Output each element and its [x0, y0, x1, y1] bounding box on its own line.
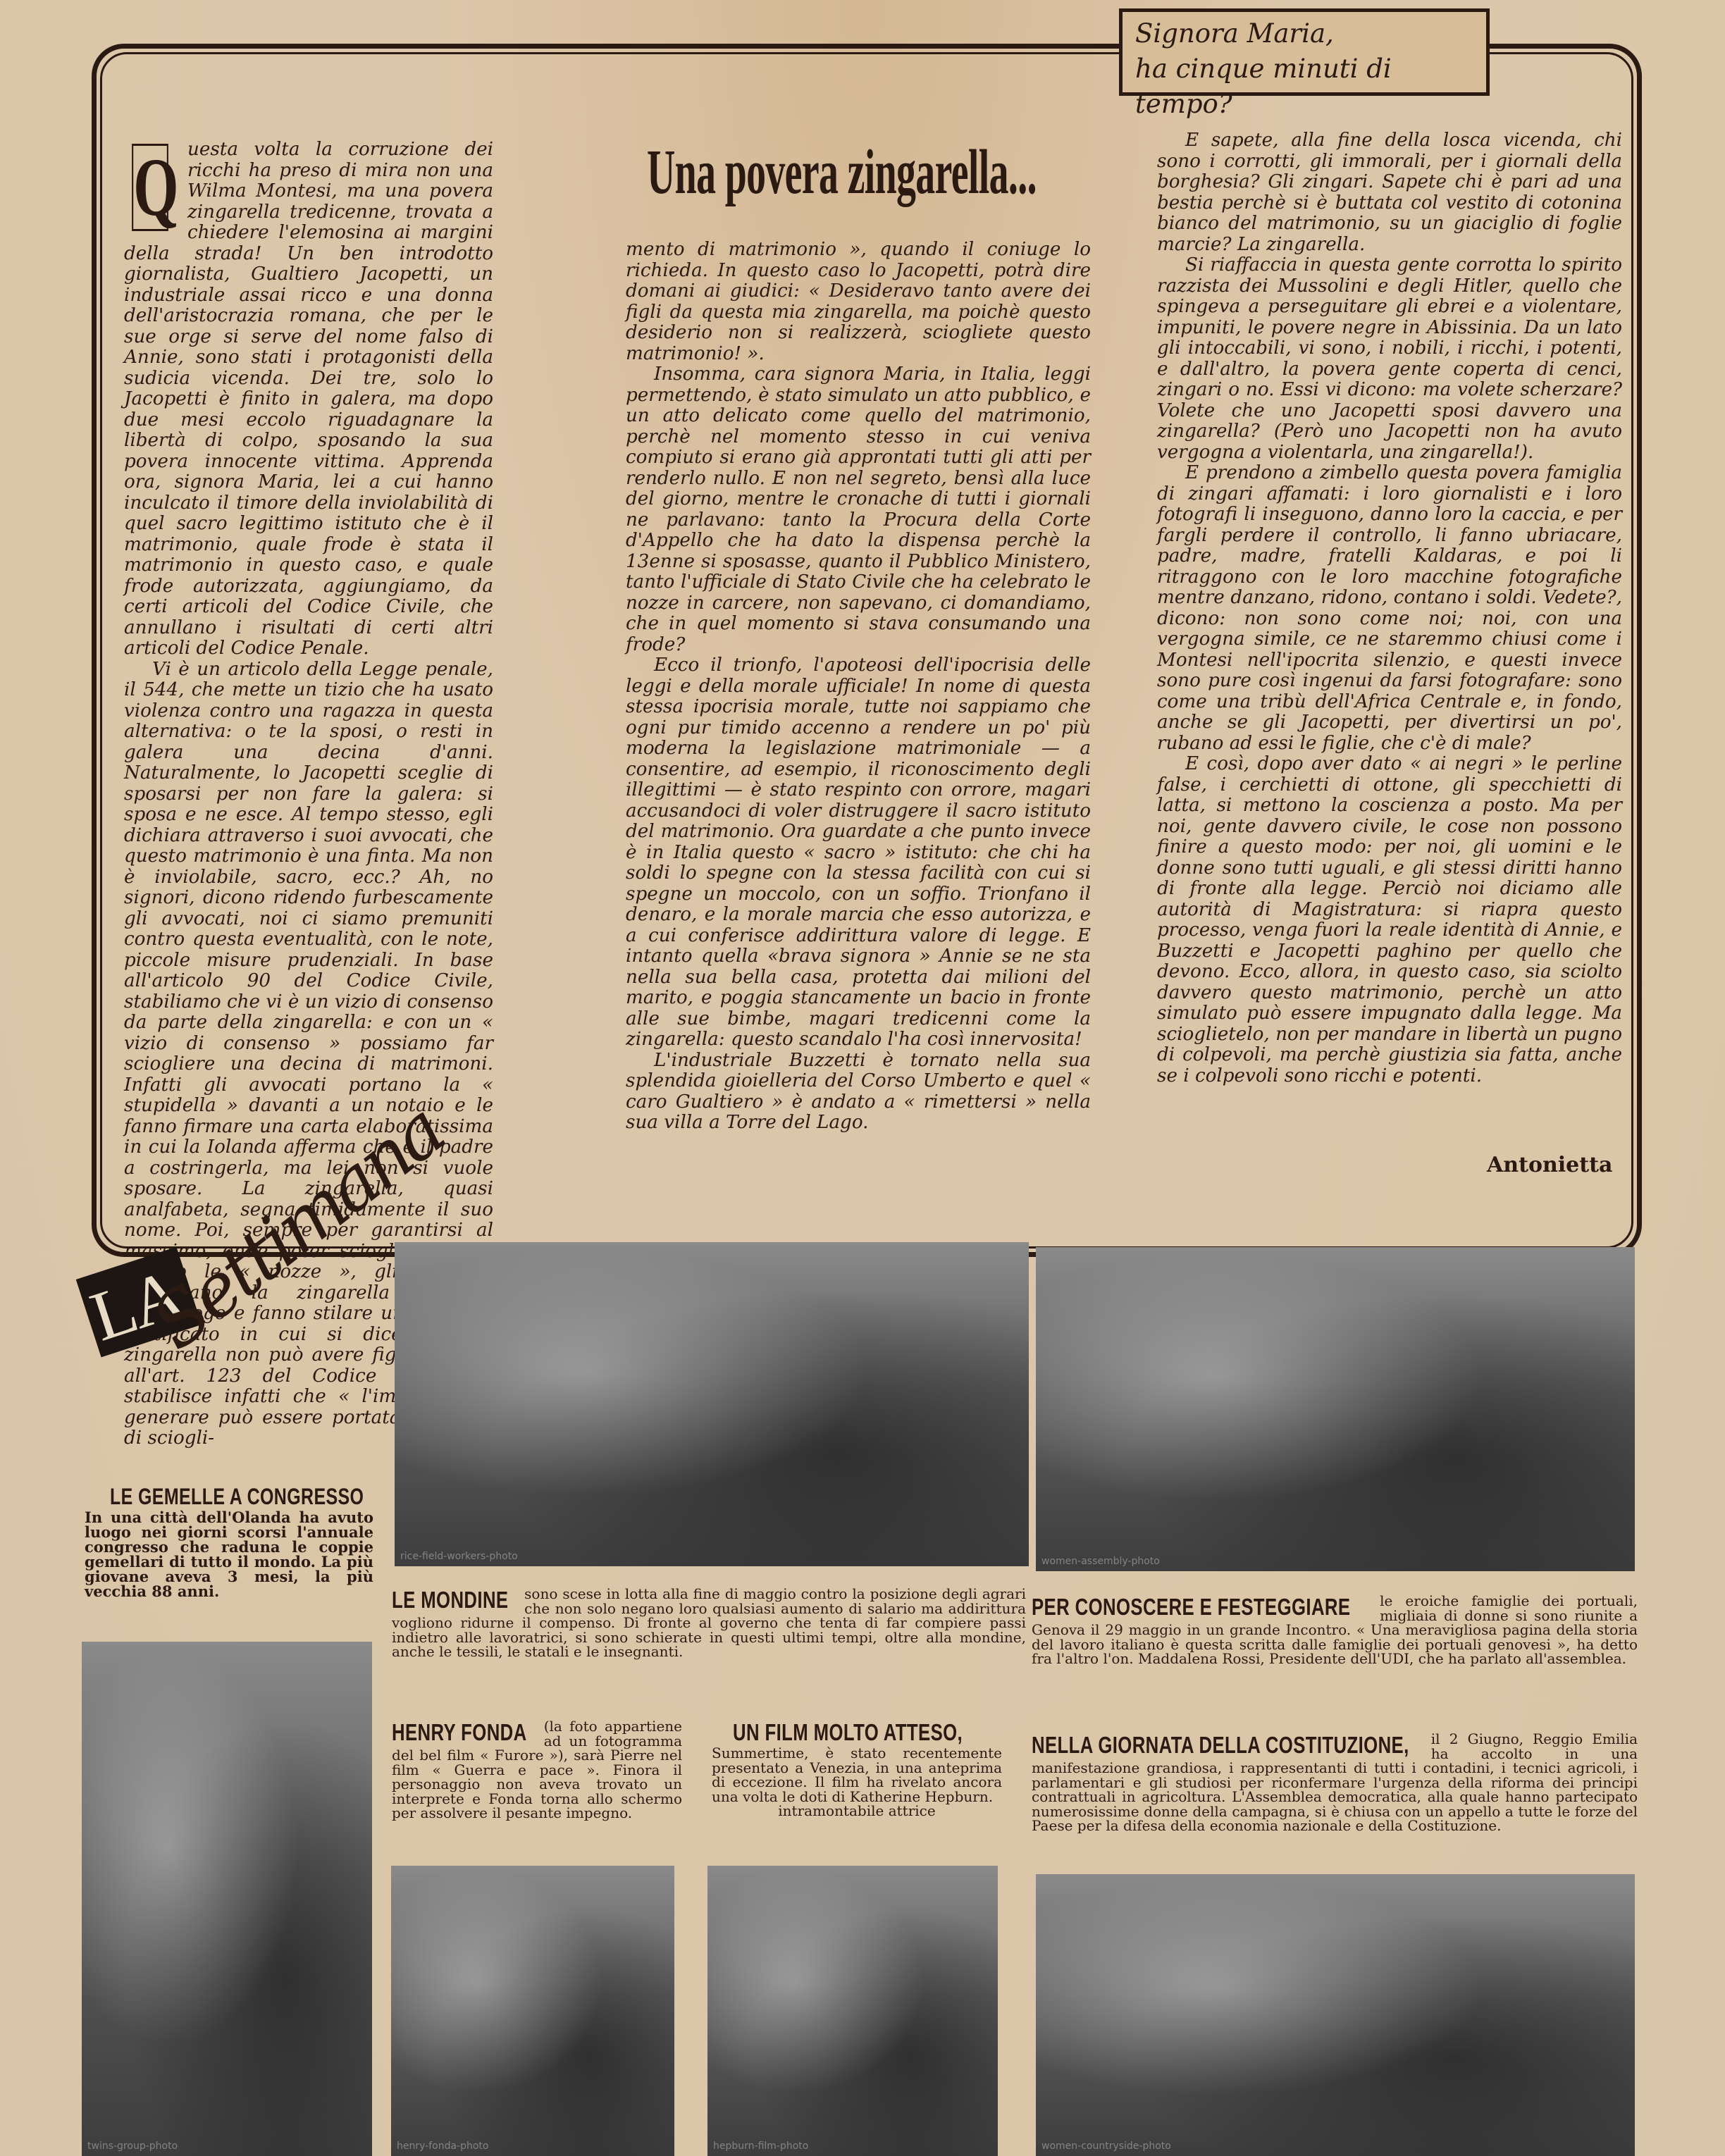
article-column-3: E sapete, alla fine della losca vicenda,… — [1157, 130, 1622, 1086]
header-line-1: Signora Maria, — [1135, 16, 1473, 51]
article-column-2: mento di matrimonio », quando il coniuge… — [626, 240, 1091, 1134]
paragraph: Ecco il trionfo, l'apoteosi dell'ipocris… — [626, 655, 1091, 1051]
paragraph: E prendono a zimbello questa povera fami… — [1157, 463, 1622, 754]
caption-tail: intramontabile attrice — [712, 1804, 1002, 1819]
caption-fonda: HENRY FONDA (la foto appartiene ad un fo… — [392, 1719, 682, 1821]
caption-costituzione: NELLA GIORNATA DELLA COSTITUZIONE, il 2 … — [1032, 1732, 1638, 1833]
article-headline: Una povera zingarella... — [647, 137, 927, 208]
paragraph: uesta volta la corruzione dei ricchi ha … — [124, 140, 493, 659]
rice-field-workers-photo: rice-field-workers-photo — [395, 1242, 1029, 1566]
caption-title: LE GEMELLE A CONGRESSO — [110, 1483, 364, 1510]
caption-festeggiare: PER CONOSCERE E FESTEGGIARE le eroiche f… — [1032, 1594, 1638, 1666]
caption-gemelle: LE GEMELLE A CONGRESSO In una città dell… — [85, 1483, 373, 1599]
column-header-box: Signora Maria, ha cinque minuti di tempo… — [1119, 8, 1490, 96]
hepburn-film-photo: hepburn-film-photo — [707, 1866, 998, 2156]
caption-title: UN FILM MOLTO ATTESO, — [733, 1719, 963, 1746]
caption-film: UN FILM MOLTO ATTESO, Summertime, è stat… — [712, 1719, 1002, 1819]
caption-text: In una città dell'Olanda ha avuto luogo … — [85, 1510, 373, 1599]
women-countryside-photo: women-countryside-photo — [1036, 1874, 1635, 2156]
photo-caption-id: twins-group-photo — [87, 2140, 178, 2152]
henry-fonda-photo: henry-fonda-photo — [391, 1866, 674, 2156]
paragraph: Si riaffaccia in questa gente corrotta l… — [1157, 255, 1622, 463]
article-signature: Antonietta — [1487, 1153, 1612, 1177]
paragraph: E sapete, alla fine della losca vicenda,… — [1157, 130, 1622, 255]
caption-text: Summertime, è stato recentemente present… — [712, 1746, 1002, 1804]
header-line-2: ha cinque minuti di tempo? — [1135, 51, 1473, 122]
caption-mondine: LE MONDINE sono scese in lotta alla fine… — [392, 1587, 1026, 1659]
women-assembly-photo: women-assembly-photo — [1036, 1247, 1635, 1571]
caption-title: PER CONOSCERE E FESTEGGIARE — [1032, 1594, 1350, 1621]
photo-caption-id: hepburn-film-photo — [713, 2140, 808, 2152]
paragraph: E così, dopo aver dato « ai negri » le p… — [1157, 754, 1622, 1086]
caption-title: LE MONDINE — [392, 1587, 508, 1613]
drop-cap: Q — [132, 144, 168, 231]
photo-caption-id: henry-fonda-photo — [397, 2140, 488, 2152]
caption-title: HENRY FONDA — [392, 1719, 527, 1746]
twins-group-photo: twins-group-photo — [82, 1642, 372, 2156]
photo-caption-id: rice-field-workers-photo — [400, 1551, 518, 1562]
photo-caption-id: women-countryside-photo — [1041, 2140, 1171, 2152]
caption-title: NELLA GIORNATA DELLA COSTITUZIONE, — [1032, 1732, 1409, 1759]
paragraph: Insomma, cara signora Maria, in Italia, … — [626, 364, 1091, 655]
paragraph: mento di matrimonio », quando il coniuge… — [626, 240, 1091, 364]
photo-caption-id: women-assembly-photo — [1041, 1556, 1160, 1567]
paragraph: L'industriale Buzzetti è tornato nella s… — [626, 1051, 1091, 1134]
